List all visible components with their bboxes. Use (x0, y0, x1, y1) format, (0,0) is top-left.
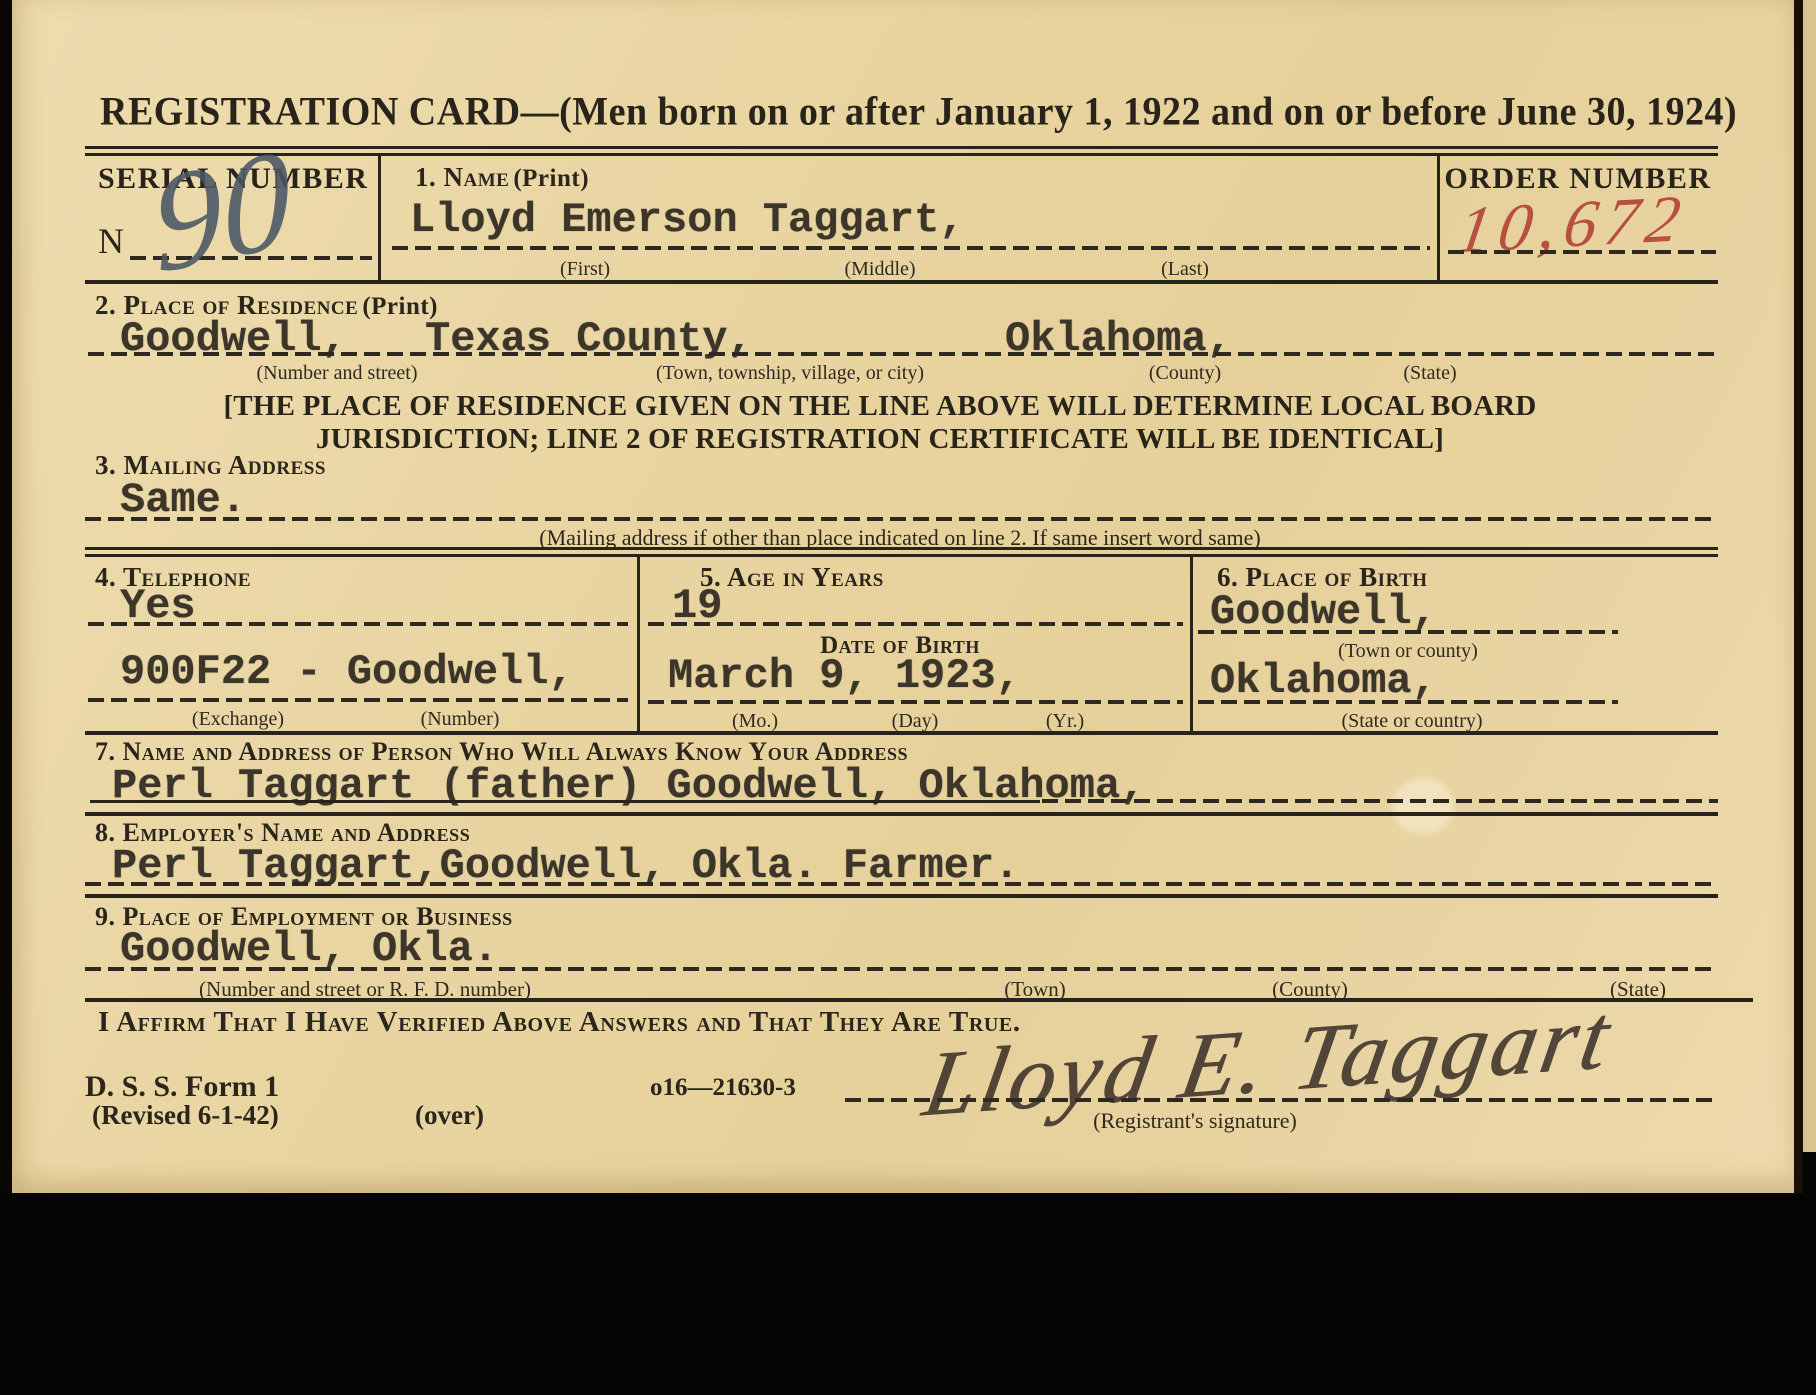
age-line1 (648, 622, 1183, 626)
paper-blemish (1392, 778, 1454, 834)
contact-entry-line (1042, 799, 1718, 803)
mailing-entry-line (85, 517, 1718, 521)
birthplace-town-value: Goodwell, (1210, 588, 1437, 636)
dob-sublabel-day: (Day) (892, 710, 939, 733)
print-code: o16—21630-3 (650, 1074, 796, 1102)
right-paper-sliver (1803, 0, 1816, 1152)
residence-sublabel-county: (County) (1149, 362, 1221, 385)
name-sublabel-first: (First) (560, 258, 610, 281)
signature-sublabel: (Registrant's signature) (1093, 1108, 1297, 1134)
over-note: (over) (415, 1100, 484, 1131)
residence-entry-line (88, 352, 1718, 356)
residence-sublabel-town: (Town, township, village, or city) (656, 362, 924, 385)
row4-bottom-rule (85, 731, 1718, 735)
title-rule-bottom (85, 153, 1718, 156)
age-field-label: 5. Age in Years (700, 562, 884, 593)
affirmation-statement: I Affirm That I Have Verified Above Answ… (98, 1006, 1021, 1039)
row4-divider-left (637, 557, 640, 731)
telephone-line2 (88, 698, 628, 702)
employer-entry-line (85, 882, 1718, 886)
employment-entry-line (85, 967, 1718, 971)
name-label-suffix: (Print) (513, 165, 589, 192)
form-revision: (Revised 6-1-42) (92, 1100, 279, 1131)
row4-divider-right (1190, 557, 1193, 731)
contact-underline (90, 800, 1040, 803)
residence-sublabel-state: (State) (1403, 362, 1456, 385)
serial-number-handwritten: 90 (149, 127, 296, 297)
telephone-sublabel-exchange: (Exchange) (192, 708, 284, 731)
scanned-registration-card: REGISTRATION CARD—(Men born on or after … (0, 0, 1816, 1395)
name-field-label: 1. Name (Print) (415, 162, 589, 193)
telephone-number-value: 900F22 - Goodwell, (120, 648, 574, 696)
residence-note-line1: [THE PLACE OF RESIDENCE GIVEN ON THE LIN… (223, 390, 1536, 423)
name-entry-line (392, 246, 1430, 250)
mailing-rule-top (85, 547, 1718, 550)
age-line2 (648, 700, 1183, 704)
dob-sublabel-year: (Yr.) (1046, 710, 1084, 733)
dob-sublabel-month: (Mo.) (732, 710, 778, 733)
name-value: Lloyd Emerson Taggart, (410, 196, 965, 244)
row1-bottom-rule (85, 280, 1718, 284)
birthplace-sublabel-state: (State or country) (1341, 710, 1482, 733)
order-entry-line (1448, 250, 1716, 254)
left-black-edge (0, 0, 12, 1193)
birthplace-line2 (1198, 700, 1618, 704)
form-number: D. S. S. Form 1 (85, 1070, 279, 1104)
signature-line (845, 1098, 1718, 1102)
contact-bottom-rule (85, 812, 1718, 816)
birthplace-state-value: Oklahoma, (1210, 657, 1437, 705)
serial-prefix: N (98, 220, 124, 262)
residence-note-line2: JURISDICTION; LINE 2 OF REGISTRATION CER… (316, 423, 1444, 456)
name-sublabel-middle: (Middle) (844, 258, 915, 281)
title-rule-top (85, 146, 1718, 149)
right-paper-seam (1794, 0, 1803, 1193)
mailing-rule-bottom (85, 554, 1718, 557)
name-label-text: 1. Name (415, 162, 509, 192)
residence-sublabel-street: (Number and street) (256, 362, 417, 385)
card-title: REGISTRATION CARD—(Men born on or after … (100, 89, 1737, 135)
telephone-sublabel-number: (Number) (421, 708, 500, 731)
employment-value: Goodwell, Okla. (120, 925, 498, 973)
row1-divider-right (1437, 156, 1440, 281)
telephone-line1 (88, 622, 628, 626)
birthplace-line1 (1198, 630, 1618, 634)
row1-divider-left (378, 156, 381, 281)
employer-bottom-rule (85, 894, 1718, 898)
name-sublabel-last: (Last) (1161, 258, 1209, 281)
date-of-birth-value: March 9, 1923, (668, 652, 1021, 700)
